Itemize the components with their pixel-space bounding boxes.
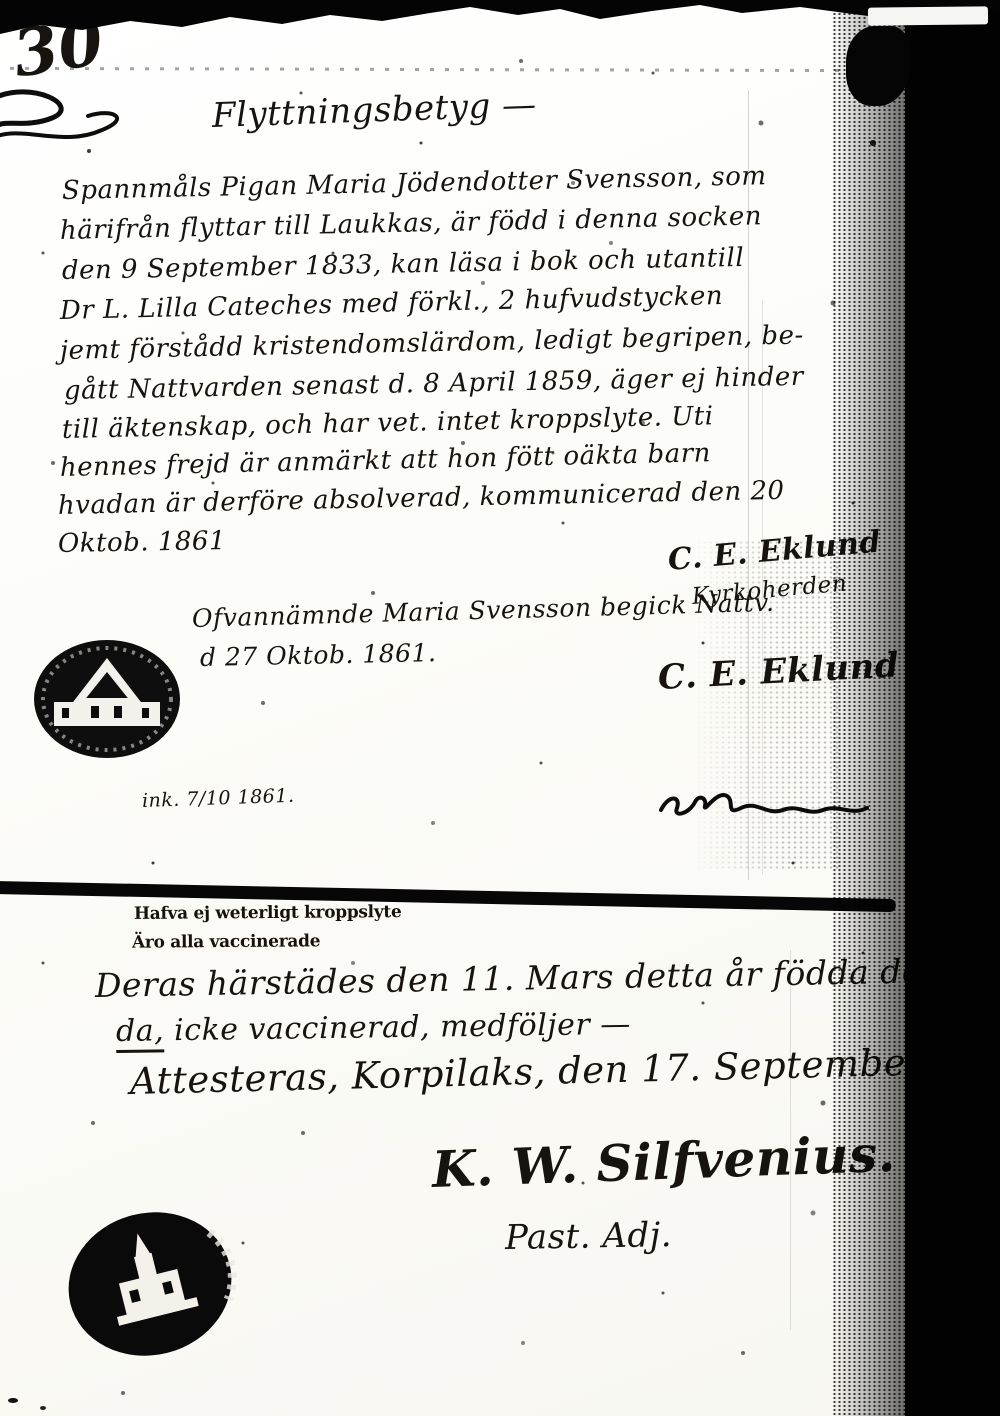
communion-note-line: Ofvannämnde Maria Svensson begick Nattv. — [192, 588, 775, 633]
body-line: gått Nattvarden senast d. 8 April 1859, … — [64, 362, 804, 406]
parish-seal-church-tower — [46, 1189, 254, 1379]
printed-line-vaccinated: Äro alla vaccinerade — [132, 931, 320, 952]
ink-smudge — [8, 1398, 18, 1403]
body-line: hvadan är derföre absolverad, kommunicer… — [58, 476, 785, 521]
body-line: den 9 September 1833, kan läsa i bok och… — [62, 243, 745, 286]
right-edge-white-notch — [868, 6, 988, 25]
printed-line-no-defect: Hafva ej weterligt kroppslyte — [134, 902, 402, 924]
child-name-continued-underlined: da, — [116, 1013, 165, 1053]
attestation-line-2: da, icke vaccinerad, medföljer — — [116, 1007, 631, 1049]
page-number-flourish — [0, 78, 182, 168]
right-black-margin — [905, 0, 1000, 1416]
body-line: hennes frejd är anmärkt att hon fött oäk… — [60, 438, 711, 483]
right-edge-ink-blob — [846, 26, 910, 106]
adjunct-title: Past. Adj. — [505, 1215, 673, 1258]
attestation-line-2-text: icke vaccinerad, medföljer — — [164, 1007, 631, 1049]
scan-scratch-line — [10, 67, 860, 72]
right-edge-noise — [832, 0, 910, 1416]
certificate-title: Flyttningsbetyg — — [211, 85, 537, 136]
received-date-note: ink. 7/10 1861. — [142, 785, 295, 812]
ink-smudge — [40, 1406, 46, 1410]
communion-note-date: d 27 Oktob. 1861. — [200, 638, 437, 672]
body-line: Oktob. 1861 — [58, 526, 227, 559]
body-line: härifrån flyttar till Laukkas, är född i… — [60, 201, 763, 246]
body-line: till äktenskap, och har vet. intet kropp… — [62, 401, 714, 445]
body-line: jemt förstådd kristendomslärdom, ledigt … — [60, 320, 804, 366]
body-line: Dr L. Lilla Cateches med förkl., 2 hufvu… — [60, 281, 724, 326]
adjunct-signature: K. W. Silfvenius. — [431, 1124, 896, 1199]
scanned-document-page: 30 Flyttningsbetyg — Spannmåls Pigan Mar… — [0, 0, 1000, 1416]
parish-seal-church-emblem — [30, 636, 184, 762]
